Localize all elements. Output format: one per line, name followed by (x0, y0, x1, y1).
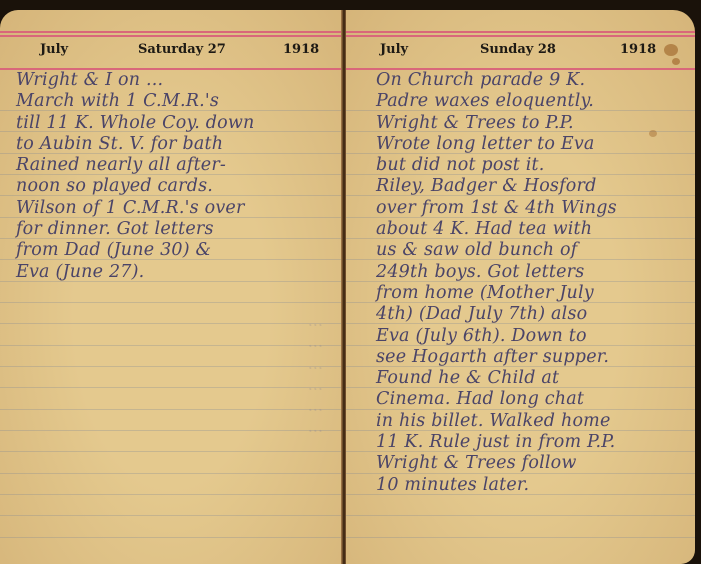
header-rule-top-2 (346, 35, 695, 37)
entry-line: Eva (June 27). (16, 262, 335, 283)
entry-line: Wrote long letter to Eva (376, 134, 687, 155)
page-header-left: July Saturday 27 1918 (0, 42, 343, 62)
header-month: July (40, 42, 68, 57)
entry-line: till 11 K. Whole Coy. down (16, 113, 335, 134)
entry-line: about 4 K. Had tea with (376, 219, 687, 240)
entry-line: 4th) (Dad July 7th) also (376, 304, 687, 325)
entry-line: Found he & Child at (376, 368, 687, 389)
entry-line: Wright & Trees to P.P. (376, 113, 687, 134)
diary-page-left: July Saturday 27 1918 Wright & I on ... … (0, 10, 343, 564)
entry-line: Rained nearly all after- (16, 155, 335, 176)
entry-line: 10 minutes later. (376, 475, 687, 496)
entry-line: us & saw old bunch of (376, 240, 687, 261)
entry-line: see Hogarth after supper. (376, 347, 687, 368)
entry-line: but did not post it. (376, 155, 687, 176)
header-year: 1918 (620, 42, 656, 57)
header-rule-top (0, 31, 343, 33)
entry-line: March with 1 C.M.R.'s (16, 91, 335, 112)
entry-line: Eva (July 6th). Down to (376, 326, 687, 347)
entry-line: to Aubin St. V. for bath (16, 134, 335, 155)
entry-line: Wilson of 1 C.M.R.'s over (16, 198, 335, 219)
diary-spread: July Saturday 27 1918 Wright & I on ... … (0, 0, 701, 564)
entry-line: from Dad (June 30) & (16, 240, 335, 261)
bleed-through-text: ... ... ... ... ... ... (30, 310, 323, 438)
diary-entry-right: On Church parade 9 K. Padre waxes eloque… (376, 70, 687, 496)
entry-line: Padre waxes eloquently. (376, 91, 687, 112)
entry-line: 11 K. Rule just in from P.P. (376, 432, 687, 453)
entry-line: Riley, Badger & Hosford (376, 176, 687, 197)
entry-line: from home (Mother July (376, 283, 687, 304)
page-header-right: July Sunday 28 1918 (346, 42, 695, 62)
header-day: Saturday 27 (138, 42, 226, 57)
header-day: Sunday 28 (480, 42, 556, 57)
entry-line: over from 1st & 4th Wings (376, 198, 687, 219)
entry-line: Wright & I on ... (16, 70, 335, 91)
entry-line: noon so played cards. (16, 176, 335, 197)
header-month: July (380, 42, 408, 57)
entry-line: 249th boys. Got letters (376, 262, 687, 283)
diary-page-right: July Sunday 28 1918 On Church parade 9 K… (346, 10, 695, 564)
header-rule-top (346, 31, 695, 33)
header-rule-top-2 (0, 35, 343, 37)
entry-line: Cinema. Had long chat (376, 389, 687, 410)
header-year: 1918 (283, 42, 319, 57)
diary-entry-left: Wright & I on ... March with 1 C.M.R.'s … (16, 70, 335, 283)
entry-line: On Church parade 9 K. (376, 70, 687, 91)
entry-line: for dinner. Got letters (16, 219, 335, 240)
entry-line: in his billet. Walked home (376, 411, 687, 432)
entry-line: Wright & Trees follow (376, 453, 687, 474)
